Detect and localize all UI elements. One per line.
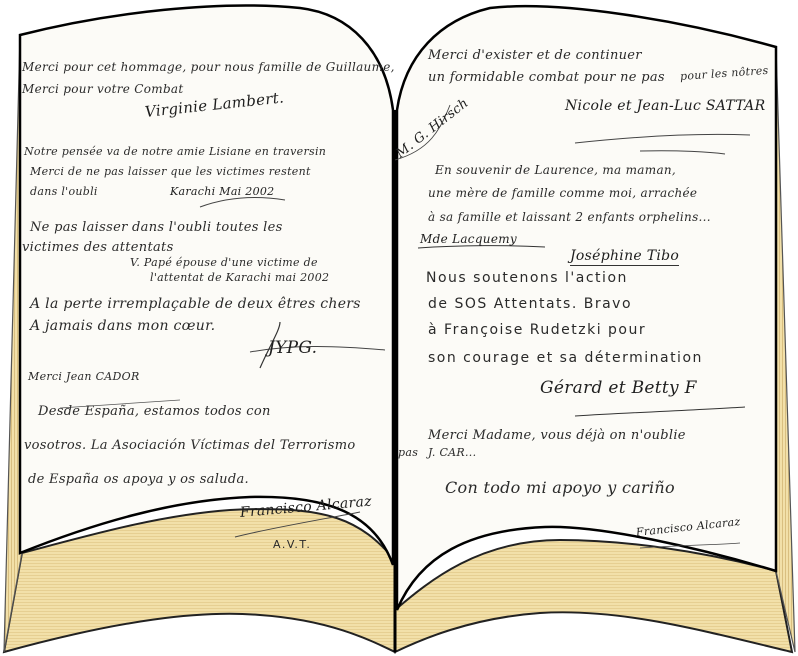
entry-text-line: Desde España, estamos todos con	[38, 404, 271, 419]
entry-text-line: Con todo mi apoyo y cariño	[445, 478, 675, 497]
entry-text-line: victimes des attentats	[22, 240, 174, 255]
entry-text-line: Merci pour cet hommage, pour nous famill…	[22, 60, 395, 74]
entry-text-line: Merci pour votre Combat	[22, 82, 184, 96]
entry-text-line: Merci Jean CADOR	[28, 370, 140, 383]
entry-text-line: à Françoise Rudetzki pour	[428, 322, 646, 338]
entry-text-line: un formidable combat pour ne pas	[428, 70, 665, 85]
entry-signature: Karachi Mai 2002	[170, 185, 274, 198]
entry-signature-org: A.V.T.	[273, 538, 311, 551]
entry-text-line: Notre pensée va de notre amie Lisiane en…	[24, 145, 326, 158]
entry-text-line: pas	[398, 446, 418, 459]
entry-text-line: son courage et sa détermination	[428, 350, 703, 366]
entry-text-line: de España os apoya y os saluda.	[28, 472, 249, 487]
entry-annotation: pour les nôtres	[680, 64, 769, 83]
entry-signature: JYPG.	[268, 338, 317, 358]
entry-text-line: de SOS Attentats. Bravo	[428, 296, 632, 312]
entry-signature: Mde Lacquemy	[420, 232, 517, 246]
entry-text-line: A jamais dans mon cœur.	[30, 318, 215, 334]
entry-text-line: En souvenir de Laurence, ma maman,	[435, 163, 676, 177]
entry-signature-line: V. Papé épouse d'une victime de	[130, 256, 318, 269]
entry-text-line: vosotros. La Asociación Víctimas del Ter…	[24, 438, 356, 453]
entry-text-line: une mère de famille comme moi, arrachée	[428, 186, 697, 200]
entry-signature: Nicole et Jean-Luc SATTAR	[565, 98, 765, 114]
entry-signature: Francisco Alcaraz	[635, 515, 741, 539]
entry-signature-line: l'attentat de Karachi mai 2002	[150, 271, 329, 284]
entry-signature: Joséphine Tibo	[570, 248, 679, 266]
guestbook-content: Merci pour cet hommage, pour nous famill…	[0, 0, 798, 656]
entry-text-line: Nous soutenons l'action	[426, 270, 628, 286]
entry-text-line: Merci de ne pas laisser que les victimes…	[30, 165, 311, 178]
entry-text-line: dans l'oubli	[30, 185, 98, 198]
margin-signature: M. G. Hirsch	[393, 96, 471, 162]
entry-signature: Francisco Alcaraz	[239, 494, 372, 521]
entry-text-line: Merci Madame, vous déjà on n'oublie	[428, 428, 686, 443]
entry-signature: J. CAR...	[428, 446, 476, 459]
entry-text-line: Ne pas laisser dans l'oubli toutes les	[30, 220, 283, 235]
entry-signature: Gérard et Betty F	[540, 378, 697, 398]
entry-text-line: à sa famille et laissant 2 enfants orphe…	[428, 210, 711, 224]
entry-text-line: Merci d'exister et de continuer	[428, 48, 642, 63]
entry-text-line: A la perte irremplaçable de deux êtres c…	[30, 296, 361, 312]
